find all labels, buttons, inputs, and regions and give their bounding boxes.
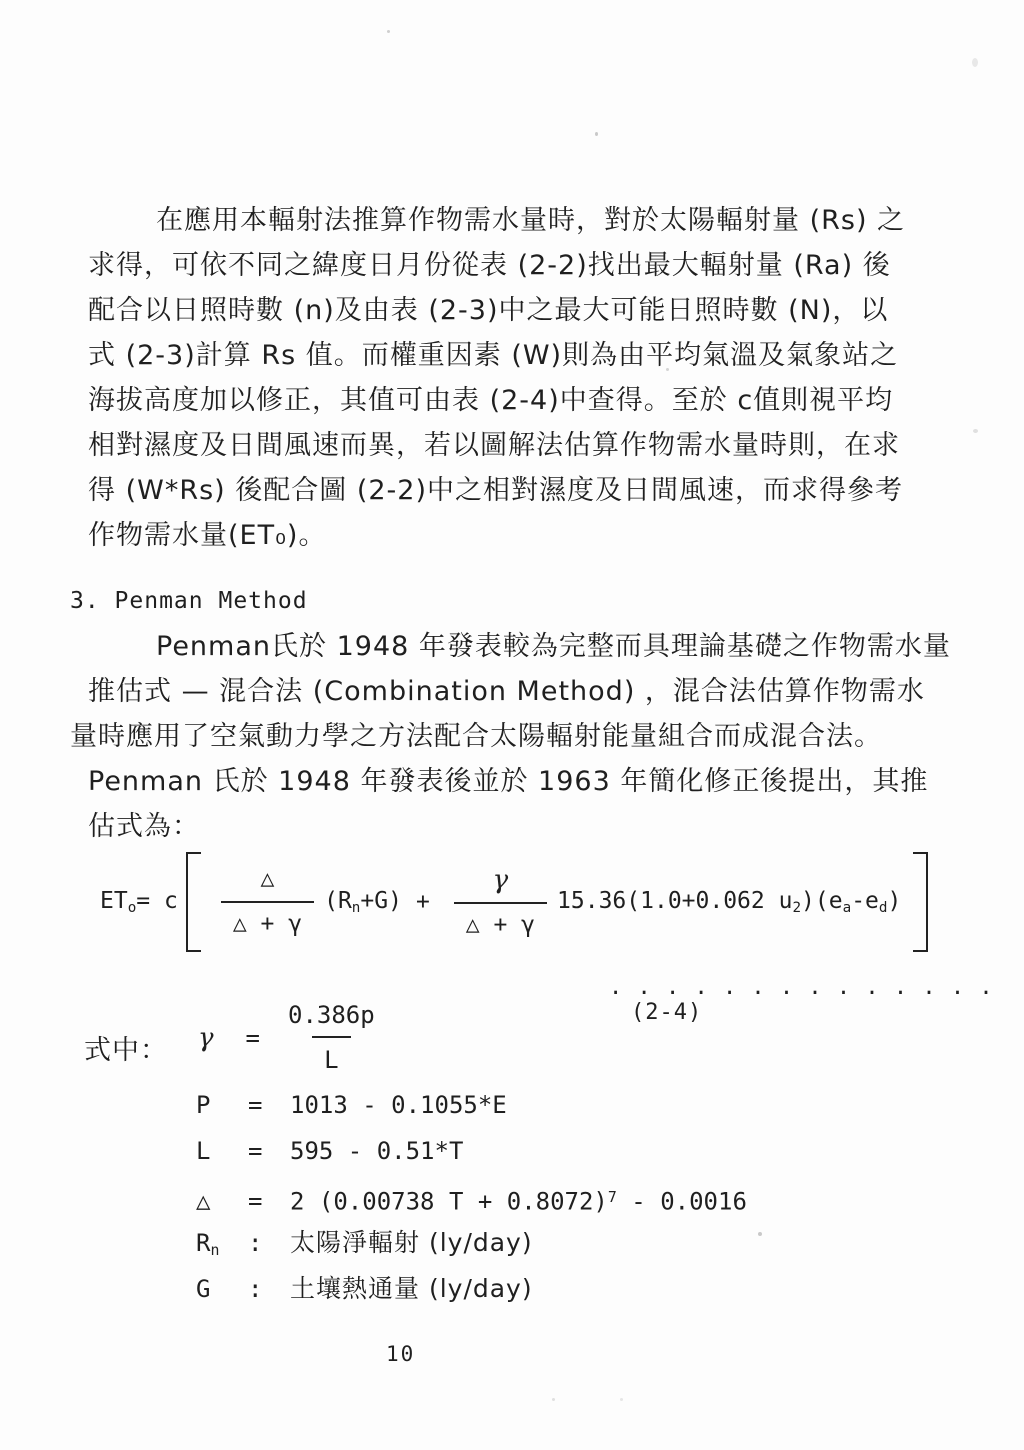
- fraction-denominator: △ + γ: [454, 902, 547, 938]
- right-bracket: [913, 852, 928, 952]
- subscript-n: n: [210, 1241, 219, 1259]
- fraction-numerator: γ: [487, 866, 515, 903]
- paragraph-line: 式 (2-3)計算 Rs 值。而權重因素 (W)則為由平均氣溫及氣象站之: [88, 333, 868, 378]
- equals-sign: =: [246, 1024, 260, 1052]
- paragraph-line: 推估式 — 混合法 (Combination Method) ，混合法估算作物需…: [88, 669, 868, 714]
- expression: 595 - 0.51*T: [290, 1128, 463, 1174]
- scanned-document-page: 在應用本輻射法推算作物需水量時，對於太陽輻射量 (Rs) 之 求得，可依不同之緯…: [0, 0, 1024, 1450]
- scan-speck: [972, 58, 978, 67]
- paragraph-line: 在應用本輻射法推算作物需水量時，對於太陽輻射量 (Rs) 之: [88, 198, 868, 243]
- equation-term-rn-g: (Rn+G): [324, 888, 402, 916]
- definition-p: P = 1013 - 0.1055*E: [196, 1082, 747, 1128]
- colon-sign: :: [248, 1266, 290, 1312]
- symbol-delta: △: [196, 1178, 248, 1224]
- definition-g: G : 土壤熱通量 (ly/day): [196, 1266, 747, 1312]
- definition-delta: △ = 2 (0.00738 T + 0.8072)7 - 0.0016: [196, 1174, 747, 1220]
- equation-penman-eto: ETo= c △ △ + γ (Rn+G) + γ △ + γ 15.36(1.…: [100, 852, 928, 952]
- paragraph-line: 作物需水量(ET₀)。: [88, 513, 868, 558]
- symbol-g: G: [196, 1266, 248, 1312]
- fraction-delta-over-delta-gamma: △ △ + γ: [221, 867, 314, 937]
- definition-l: L = 595 - 0.51*T: [196, 1128, 747, 1174]
- expression: 2 (0.00738 T + 0.8072)7 - 0.0016: [290, 1174, 747, 1224]
- equation-lhs: ETo= c: [100, 888, 178, 916]
- fraction-denominator: △ + γ: [221, 901, 314, 937]
- gamma-symbol: γ: [198, 1023, 214, 1053]
- subscript-o: o: [128, 900, 137, 916]
- fraction-numerator: 0.386p: [282, 1002, 381, 1036]
- scan-speck: [973, 429, 978, 433]
- page-number: 10: [386, 1342, 415, 1366]
- paragraph-line: 估式為：: [88, 804, 868, 849]
- paragraph-line: 得 (W*Rs) 後配合圖 (2-2)中之相對濕度及日間風速，而求得參考: [88, 468, 868, 513]
- expression: 1013 - 0.1055*E: [290, 1082, 507, 1128]
- where-label: 式中：: [84, 1028, 168, 1067]
- scan-speck: [595, 132, 598, 136]
- variable-definitions: P = 1013 - 0.1055*E L = 595 - 0.51*T △ =…: [196, 1082, 747, 1312]
- paragraph-penman-method: Penman氏於 1948 年發表較為完整而具理論基礎之作物需水量 推估式 — …: [88, 624, 868, 849]
- scan-speck: [666, 368, 669, 371]
- paragraph-radiation-method: 在應用本輻射法推算作物需水量時，對於太陽輻射量 (Rs) 之 求得，可依不同之緯…: [88, 198, 868, 558]
- description: 太陽淨輻射 (ly/day): [290, 1220, 533, 1266]
- symbol-p: P: [196, 1082, 248, 1128]
- equals-sign: =: [248, 1082, 290, 1128]
- equation-number-row: . . . . . . . . . . . . . . (2-4): [552, 950, 994, 1050]
- definition-gamma: γ = 0.386p L: [198, 1002, 391, 1074]
- subscript-a: a: [843, 900, 852, 916]
- symbol-l: L: [196, 1128, 248, 1174]
- subscript-2: 2: [792, 900, 801, 916]
- definition-rn: Rn : 太陽淨輻射 (ly/day): [196, 1220, 747, 1266]
- fraction-0386p-over-l: 0.386p L: [282, 1002, 381, 1074]
- colon-sign: :: [248, 1220, 290, 1266]
- paragraph-line: 配合以日照時數 (n)及由表 (2-3)中之最大可能日照時數 (N)，以: [88, 288, 868, 333]
- scan-speck: [387, 30, 390, 33]
- paragraph-line: 量時應用了空氣動力學之方法配合太陽輻射能量組合而成混合法。: [70, 714, 868, 759]
- equals-sign: =: [248, 1178, 290, 1224]
- plus-sign: +: [416, 889, 430, 915]
- paragraph-line: Penman氏於 1948 年發表較為完整而具理論基礎之作物需水量: [88, 624, 868, 669]
- description: 土壤熱通量 (ly/day): [290, 1266, 533, 1312]
- fraction-gamma-over-delta-gamma: γ △ + γ: [454, 866, 547, 939]
- left-bracket: [186, 852, 201, 952]
- scan-speck: [620, 1398, 623, 1401]
- equation-wind-vapor-term: 15.36(1.0+0.062 u2)(ea-ed): [557, 888, 901, 916]
- equation-number: (2-4): [631, 1000, 702, 1025]
- dotted-leader: . . . . . . . . . . . . . .: [609, 975, 994, 1000]
- fraction-denominator: L: [312, 1036, 350, 1073]
- equals-sign: =: [248, 1128, 290, 1174]
- paragraph-line: 求得，可依不同之緯度日月份從表 (2-2)找出最大輻射量 (Ra) 後: [88, 243, 868, 288]
- fraction-numerator: △: [255, 867, 281, 900]
- paragraph-line: 海拔高度加以修正，其值可由表 (2-4)中查得。至於 c值則視平均: [88, 378, 868, 423]
- section-heading-penman-method: 3. Penman Method: [70, 588, 308, 614]
- paragraph-line: 相對濕度及日間風速而異，若以圖解法估算作物需水量時則，在求: [88, 423, 868, 468]
- superscript-7: 7: [608, 1188, 617, 1206]
- paragraph-line: Penman 氏於 1948 年發表後並於 1963 年簡化修正後提出，其推: [88, 759, 868, 804]
- scan-speck: [552, 1398, 555, 1401]
- scan-speck: [758, 1232, 762, 1236]
